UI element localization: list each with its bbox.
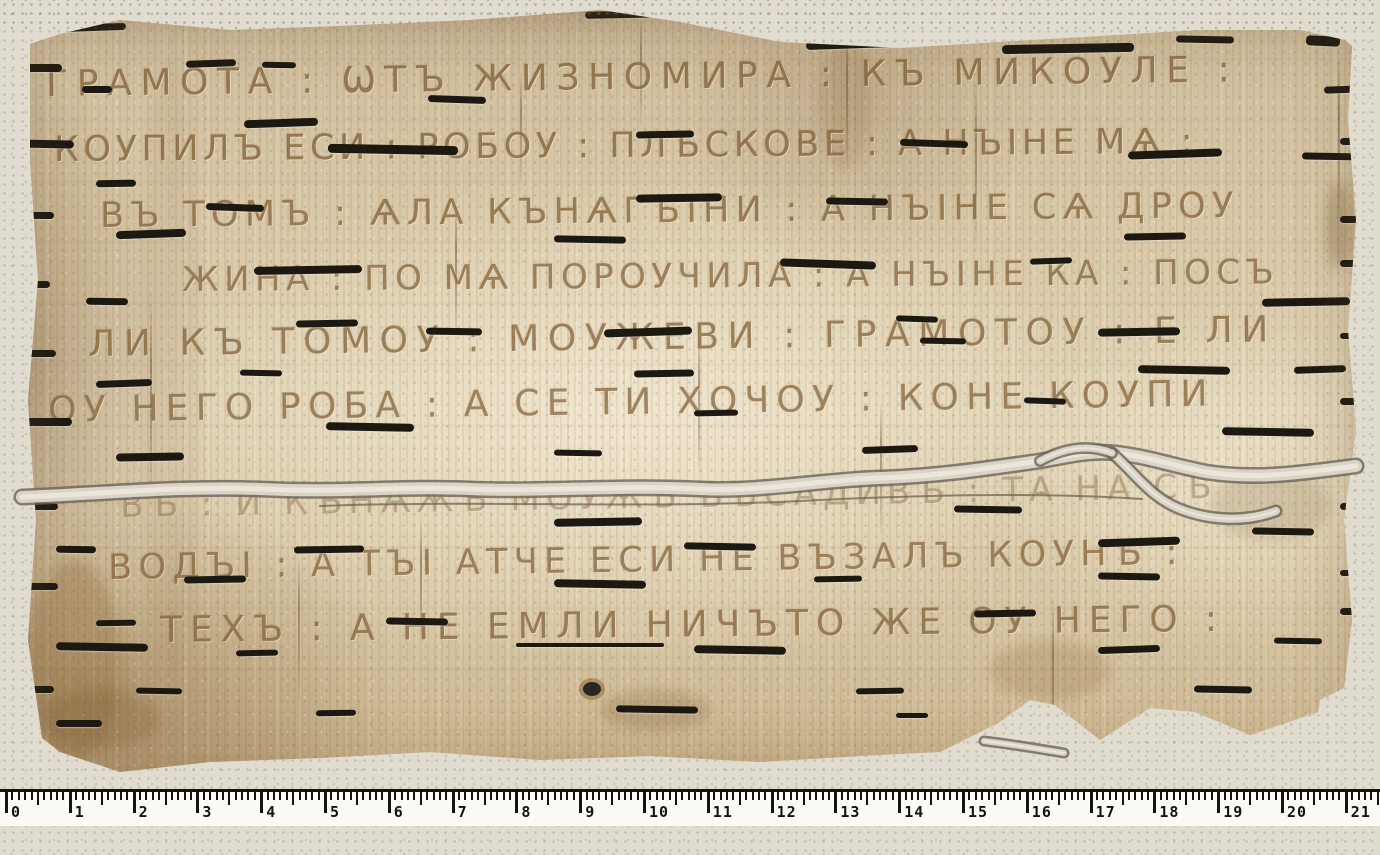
ruler-tick <box>145 792 147 800</box>
ruler-tick <box>235 792 237 800</box>
ruler-tick <box>343 792 345 800</box>
ruler-tick <box>1045 792 1047 800</box>
ruler-tick <box>1262 792 1264 800</box>
ruler-tick <box>535 792 537 800</box>
ruler-tick <box>566 792 568 800</box>
ruler-tick <box>5 792 8 813</box>
ruler-tick <box>120 792 122 800</box>
ruler-number: 12 <box>777 803 797 821</box>
ruler-tick <box>911 792 913 800</box>
ruler-tick <box>1147 792 1149 800</box>
ruler-tick <box>649 792 651 800</box>
ruler-tick <box>860 792 862 800</box>
ruler-number: 15 <box>968 803 988 821</box>
ruler-tick <box>790 792 792 800</box>
ruler-tick <box>1281 792 1284 813</box>
ruler-tick <box>50 792 52 800</box>
ruler-tick <box>764 792 766 800</box>
ruler-tick <box>713 792 715 800</box>
ruler-tick <box>305 792 307 800</box>
ruler-tick <box>1153 792 1156 813</box>
ruler-tick <box>771 792 774 813</box>
ruler-tick <box>484 792 486 805</box>
ruler-tick <box>330 792 332 800</box>
ruler-tick <box>873 792 875 800</box>
ruler-tick <box>528 792 530 800</box>
ruler-tick <box>43 792 45 800</box>
ruler-tick <box>490 792 492 800</box>
ruler-tick <box>554 792 556 800</box>
ruler-tick <box>1313 792 1315 805</box>
ruler-number: 19 <box>1223 803 1243 821</box>
ruler-tick <box>171 792 173 800</box>
ruler-tick <box>669 792 671 800</box>
ruler-tick <box>1102 792 1104 800</box>
ruler-tick <box>503 792 505 800</box>
ruler-tick <box>586 792 588 800</box>
ruler-tick <box>241 792 243 800</box>
ruler-tick <box>1198 792 1200 800</box>
ruler-tick <box>688 792 690 800</box>
ruler-tick <box>433 792 435 800</box>
ruler-tick <box>458 792 460 800</box>
ruler-tick <box>1185 792 1187 805</box>
ruler-tick <box>783 792 785 800</box>
ruler-tick <box>1287 792 1289 800</box>
ruler-number: 8 <box>521 803 531 821</box>
ruler-tick <box>1358 792 1360 800</box>
ruler-tick <box>1211 792 1213 800</box>
ruler-tick <box>720 792 722 800</box>
ruler-tick <box>114 792 116 800</box>
ruler-tick <box>1019 792 1021 800</box>
ruler-tick <box>407 792 409 800</box>
ruler-tick <box>1141 792 1143 800</box>
ruler-tick <box>11 792 13 800</box>
ruler-tick <box>152 792 154 800</box>
ruler-tick <box>337 792 339 800</box>
ruler-number: 2 <box>139 803 149 821</box>
ruler-tick <box>401 792 403 800</box>
ruler-number: 13 <box>840 803 860 821</box>
ruler-tick <box>662 792 664 800</box>
ruler-tick <box>509 792 511 800</box>
ruler-tick <box>656 792 658 800</box>
ruler-tick <box>994 792 996 805</box>
ruler-tick <box>375 792 377 800</box>
ruler-tick <box>796 792 798 800</box>
ruler-tick <box>917 792 919 800</box>
ruler-tick <box>1268 792 1270 800</box>
ruler-tick <box>324 792 327 813</box>
ruler-tick <box>956 792 958 800</box>
ruler-tick <box>822 792 824 800</box>
ruler-tick <box>681 792 683 800</box>
ruler-tick <box>31 792 33 800</box>
ruler-tick <box>471 792 473 800</box>
ruler-tick <box>426 792 428 800</box>
ruler-tick <box>56 792 58 800</box>
ruler-tick <box>598 792 600 800</box>
ruler-tick <box>988 792 990 800</box>
ruler-tick <box>1173 792 1175 800</box>
ruler-number: 3 <box>202 803 212 821</box>
ruler-tick <box>547 792 549 805</box>
ruler-tick <box>1128 792 1130 800</box>
ruler-tick <box>694 792 696 800</box>
ruler-tick <box>930 792 932 805</box>
ruler-tick <box>292 792 294 805</box>
ruler-tick <box>1192 792 1194 800</box>
ruler-tick <box>362 792 364 800</box>
ruler-tick <box>592 792 594 800</box>
ruler-tick <box>273 792 275 800</box>
ruler-tick <box>286 792 288 800</box>
ruler-tick <box>605 792 607 800</box>
ruler-tick <box>94 792 96 800</box>
ruler-tick <box>350 792 352 800</box>
ruler-tick <box>1307 792 1309 800</box>
ruler-tick <box>1096 792 1098 800</box>
ruler-tick <box>1243 792 1245 800</box>
ruler-tick <box>962 792 965 813</box>
ruler-tick <box>637 792 639 800</box>
ruler-tick <box>1230 792 1232 800</box>
ruler-tick <box>1007 792 1009 800</box>
ruler-tick <box>209 792 211 800</box>
ruler-tick <box>1319 792 1321 800</box>
ruler-tick <box>1364 792 1366 800</box>
ruler-tick <box>624 792 626 800</box>
ruler-tick <box>579 792 582 813</box>
ruler-tick <box>299 792 301 800</box>
ruler-tick <box>247 792 249 800</box>
ruler-tick <box>1058 792 1060 805</box>
ruler-tick <box>803 792 805 805</box>
ruler-tick <box>82 792 84 800</box>
ruler-tick <box>394 792 396 800</box>
ruler-tick <box>560 792 562 800</box>
ruler-tick <box>924 792 926 800</box>
ruler-tick <box>133 792 136 813</box>
ruler-tick <box>968 792 970 800</box>
ruler-tick <box>885 792 887 800</box>
ruler-tick <box>1077 792 1079 800</box>
ruler-tick <box>107 792 109 800</box>
ruler-tick <box>496 792 498 800</box>
ruler-tick <box>1224 792 1226 800</box>
ruler-tick <box>1351 792 1353 800</box>
ruler-tick <box>1039 792 1041 800</box>
ruler-tick <box>675 792 677 805</box>
ruler-tick <box>88 792 90 800</box>
ruler-number: 4 <box>266 803 276 821</box>
ruler-tick <box>1026 792 1029 813</box>
ruler-tick <box>1122 792 1124 805</box>
ruler-tick <box>477 792 479 800</box>
ruler-number: 10 <box>649 803 669 821</box>
ruler-tick <box>745 792 747 800</box>
ruler-number: 20 <box>1287 803 1307 821</box>
ruler-number: 21 <box>1351 803 1371 821</box>
ruler-number: 16 <box>1032 803 1052 821</box>
ruler-tick <box>981 792 983 800</box>
ruler-tick <box>809 792 811 800</box>
ruler-tick <box>573 792 575 800</box>
ruler-tick <box>1071 792 1073 800</box>
ruler-tick <box>260 792 263 813</box>
ruler-tick <box>196 792 199 813</box>
ruler-number: 0 <box>11 803 21 821</box>
ruler-tick <box>643 792 646 813</box>
ruler-tick <box>24 792 26 800</box>
ruler-tick <box>75 792 77 800</box>
bark-crack-overlay <box>0 0 1380 800</box>
ruler-tick <box>464 792 466 800</box>
ruler-tick <box>445 792 447 800</box>
ruler-tick <box>1109 792 1111 800</box>
ruler-tick <box>879 792 881 800</box>
ruler-tick <box>707 792 710 813</box>
ruler-tick <box>222 792 224 800</box>
ruler-tick <box>228 792 230 805</box>
ruler-tick <box>949 792 951 800</box>
ruler-tick <box>1051 792 1053 800</box>
ruler-tick <box>758 792 760 800</box>
ruler-tick <box>420 792 422 805</box>
ruler-number: 14 <box>904 803 924 821</box>
ruler-number: 6 <box>394 803 404 821</box>
ruler-tick <box>158 792 160 800</box>
ruler-tick <box>1217 792 1220 813</box>
ruler-number: 11 <box>713 803 733 821</box>
ruler-tick <box>139 792 141 800</box>
ruler-tick <box>439 792 441 800</box>
ruler-tick <box>1160 792 1162 800</box>
ruler-tick <box>1013 792 1015 800</box>
ruler-tick <box>318 792 320 800</box>
ruler-tick <box>1377 792 1379 805</box>
ruler-tick <box>1204 792 1206 800</box>
ruler-tick <box>847 792 849 800</box>
ruler-tick <box>190 792 192 800</box>
ruler-tick <box>943 792 945 800</box>
ruler-tick <box>898 792 901 813</box>
ruler-tick <box>1338 792 1340 800</box>
ruler-tick <box>413 792 415 800</box>
ruler-tick <box>866 792 868 805</box>
ruler-tick <box>1090 792 1093 813</box>
ruler-tick <box>739 792 741 805</box>
ruler-number: 1 <box>75 803 85 821</box>
ruler-tick <box>828 792 830 800</box>
ruler-tick <box>184 792 186 800</box>
ruler-tick <box>1166 792 1168 800</box>
ruler-tick <box>1249 792 1251 805</box>
ruler-tick <box>1064 792 1066 800</box>
ruler-tick <box>522 792 524 800</box>
ruler-tick <box>630 792 632 800</box>
ruler-tick <box>1294 792 1296 800</box>
ruler-tick <box>854 792 856 800</box>
ruler-tick <box>69 792 72 813</box>
ruler-tick <box>1256 792 1258 800</box>
ruler-tick <box>203 792 205 800</box>
ruler-tick <box>18 792 20 800</box>
ruler-tick <box>752 792 754 800</box>
ruler: 0123456789101112131415161718192021 <box>0 789 1380 826</box>
ruler-tick <box>815 792 817 800</box>
ruler-tick <box>381 792 383 800</box>
ruler-tick <box>311 792 313 800</box>
ruler-tick <box>1000 792 1002 800</box>
ruler-tick <box>1134 792 1136 800</box>
ruler-tick <box>1032 792 1034 800</box>
ruler-tick <box>388 792 391 813</box>
ruler-tick <box>165 792 167 805</box>
ruler-tick <box>254 792 256 800</box>
ruler-tick <box>101 792 103 805</box>
ruler-tick <box>611 792 613 805</box>
ruler-number: 17 <box>1096 803 1116 821</box>
ruler-tick <box>216 792 218 800</box>
ruler-tick <box>1236 792 1238 800</box>
paper-backdrop-bottom <box>0 0 1380 29</box>
ruler-tick <box>62 792 64 800</box>
ruler-tick <box>905 792 907 800</box>
ruler-number: 7 <box>458 803 468 821</box>
ruler-tick <box>892 792 894 800</box>
ruler-number: 9 <box>585 803 595 821</box>
ruler-tick <box>1332 792 1334 800</box>
ruler-tick <box>369 792 371 800</box>
ruler-tick <box>834 792 837 813</box>
ruler-tick <box>937 792 939 800</box>
ruler-tick <box>267 792 269 800</box>
ruler-tick <box>356 792 358 805</box>
wormhole <box>583 682 601 696</box>
ruler-tick <box>1115 792 1117 800</box>
ruler-tick <box>1370 792 1372 800</box>
ruler-tick <box>1179 792 1181 800</box>
ruler-tick <box>777 792 779 800</box>
ruler-tick <box>279 792 281 800</box>
ruler-number: 18 <box>1159 803 1179 821</box>
ruler-tick <box>177 792 179 800</box>
ruler-tick <box>841 792 843 800</box>
ruler-tick <box>452 792 455 813</box>
ruler-tick <box>1300 792 1302 800</box>
ruler-tick <box>1275 792 1277 800</box>
ruler-tick <box>126 792 128 800</box>
ruler-tick <box>618 792 620 800</box>
ruler-tick <box>37 792 39 805</box>
ruler-number: 5 <box>330 803 340 821</box>
ruler-tick <box>515 792 518 813</box>
ruler-tick <box>1083 792 1085 800</box>
ruler-tick <box>1326 792 1328 800</box>
ruler-tick <box>700 792 702 800</box>
artifact-photo: ГРАМОТА : ѠТЪ ЖИЗНОМИРА : КЪ МИКОУЛЕ :КО… <box>0 0 1380 855</box>
ruler-tick <box>541 792 543 800</box>
ruler-tick <box>732 792 734 800</box>
ruler-tick <box>975 792 977 800</box>
ruler-tick <box>1345 792 1348 813</box>
ruler-tick <box>726 792 728 800</box>
